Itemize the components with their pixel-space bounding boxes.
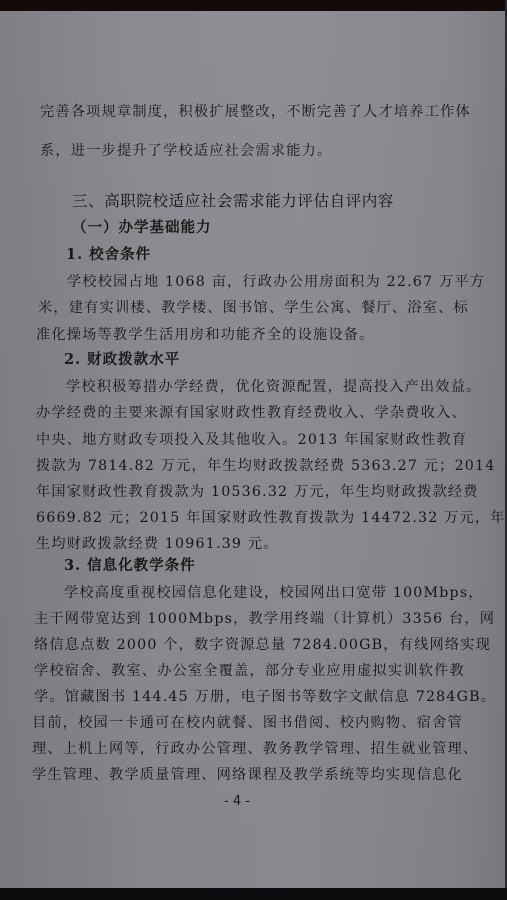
item-heading-2: 2. 财政拨款水平: [64, 351, 180, 369]
item-1-line: 米，建有实训楼、教学楼、图书馆、学生公寓、餐厅、浴室、标: [38, 299, 469, 317]
item-2-line: 学校积极筹措办学经费，优化资源配置，提高投入产出效益。: [66, 378, 481, 396]
item-3-line: 学。馆藏图书 144.45 万册，电子图书等数字文献信息 7284GB。: [34, 688, 496, 706]
section-title: 三、高职院校适应社会需求能力评估自评内容: [72, 192, 394, 210]
item-1-line: 学校校园占地 1068 亩，行政办公用房面积为 22.67 万平方: [67, 273, 485, 291]
item-heading-3: 3. 信息化教学条件: [64, 557, 196, 575]
item-2-line: 拨款为 7814.82 万元，年生均财政拨款经费 5363.27 元；2014: [36, 457, 495, 475]
item-3-line: 主干网带宽达到 1000Mbps，教学用终端（计算机）3356 台，网: [34, 610, 495, 628]
item-3-line: 学校高度重视校园信息化建设，校园网出口宽带 100Mbps，: [64, 584, 484, 602]
intro-line-2: 系，进一步提升了学校适应社会需求能力。: [40, 142, 332, 160]
item-3-line: 目前，校园一卡通可在校内就餐、图书借阅、校内购物、宿舍管: [32, 714, 463, 732]
document-page: 完善各项规章制度，积极扩展整改，不断完善了人才培养工作体 系，进一步提升了学校适…: [0, 11, 505, 891]
item-heading-1: 1. 校舍条件: [66, 246, 151, 264]
item-3-line: 学校宿舍、教室、办公室全覆盖，部分专业应用虚拟实训软件教: [34, 662, 465, 680]
item-3-line: 络信息点数 2000 个，数字资源总量 7284.00GB，有线网络实现: [34, 636, 491, 654]
item-2-line: 办学经费的主要来源有国家财政性教育经费收入、学杂费收入、: [36, 404, 467, 422]
item-3-line: 学生管理、教学质量管理、网络课程及教学系统等均实现信息化: [32, 766, 463, 784]
item-1-line: 准化操场等教学生活用房和功能齐全的设施设备。: [36, 326, 375, 344]
item-2-line: 年国家财政性教育拨款为 10536.32 万元，年生均财政拨款经费: [36, 483, 479, 501]
intro-line-1: 完善各项规章制度，积极扩展整改，不断完善了人才培养工作体: [40, 103, 471, 121]
item-2-line: 生均财政拨款经费 10961.39 元。: [36, 535, 279, 553]
photo-bottom-edge: [0, 888, 507, 900]
item-2-line: 中央、地方财政专项投入及其他收入。2013 年国家财政性教育: [36, 431, 467, 449]
page-number: - 4 -: [224, 794, 250, 809]
item-2-line: 6669.82 元；2015 年国家财政性教育拨款为 14472.32 万元，年: [36, 509, 506, 527]
subsection-title: （一）办学基础能力: [72, 219, 212, 237]
item-3-line: 理、上机上网等，行政办公管理、教务教学管理、招生就业管理、: [32, 740, 478, 758]
